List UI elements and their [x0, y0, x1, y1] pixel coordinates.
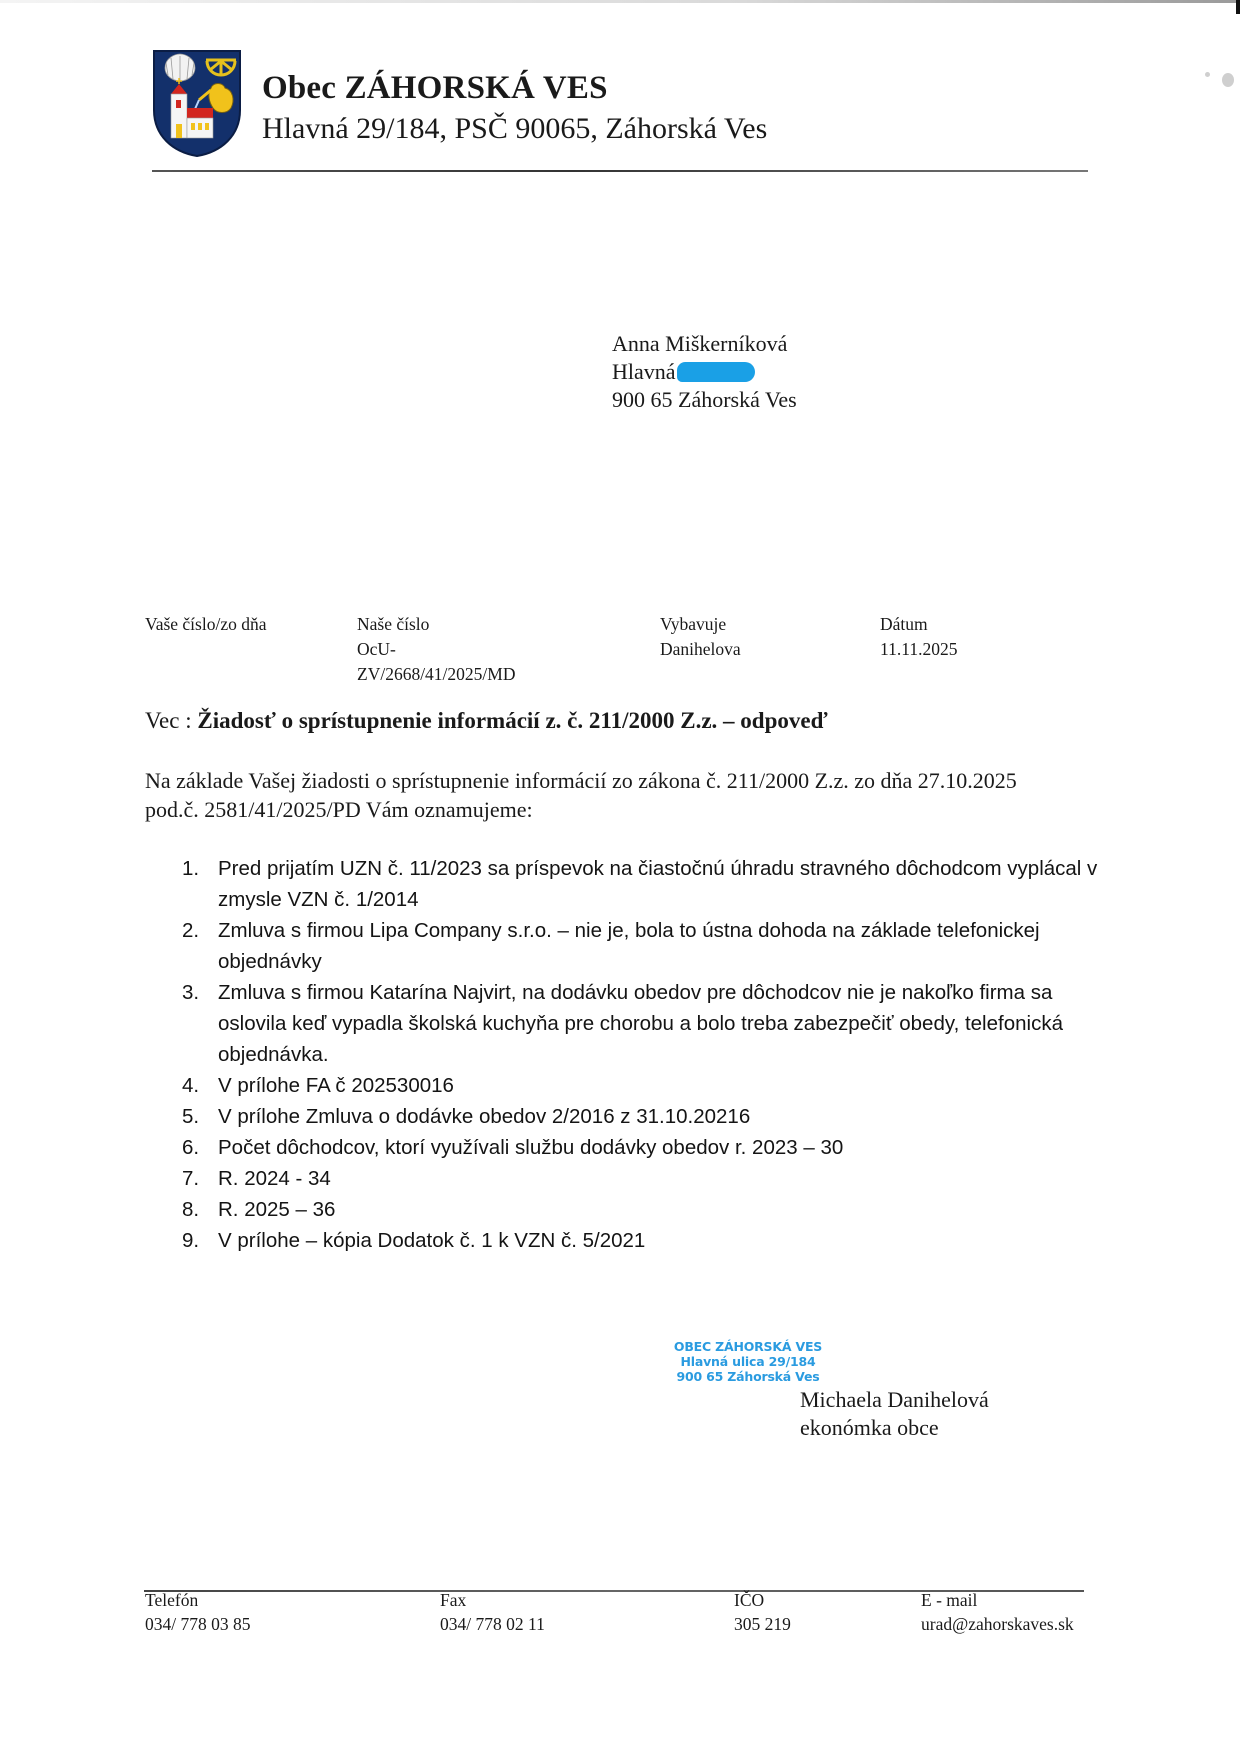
recipient-city: 900 65 Záhorská Ves: [612, 386, 797, 414]
phone-label: Telefón: [145, 1588, 251, 1612]
handled-by: Vybavuje Danihelova: [660, 612, 741, 662]
fax-label: Fax: [440, 1588, 545, 1612]
signatory-role: ekonómka obce: [800, 1414, 989, 1442]
organization-title: Obec ZÁHORSKÁ VES: [262, 70, 608, 107]
list-item: 2.Zmluva s firmou Lipa Company s.r.o. – …: [180, 915, 1100, 977]
list-item: 7.R. 2024 - 34: [180, 1163, 1100, 1194]
our-reference-label: Naše číslo: [357, 612, 515, 637]
phone-value: 034/ 778 03 85: [145, 1612, 251, 1636]
organization-address: Hlavná 29/184, PSČ 90065, Záhorská Ves: [262, 112, 767, 146]
recipient-name: Anna Miškerníková: [612, 330, 797, 358]
ico-label: IČO: [734, 1588, 791, 1612]
scan-corner-mark: [1236, 0, 1240, 14]
letter-date: Dátum 11.11.2025: [880, 612, 957, 662]
our-reference: Naše číslo OcU- ZV/2668/41/2025/MD: [357, 612, 515, 687]
handled-by-value: Danihelova: [660, 637, 741, 662]
date-value: 11.11.2025: [880, 637, 957, 662]
scan-edge: [0, 0, 1240, 3]
official-stamp: OBEC ZÁHORSKÁ VES Hlavná ulica 29/184 90…: [668, 1339, 828, 1384]
header-divider: [152, 170, 1088, 172]
recipient-street: Hlavná: [612, 358, 797, 386]
list-item: 5.V prílohe Zmluva o dodávke obedov 2/20…: [180, 1101, 1100, 1132]
stamp-line-1: OBEC ZÁHORSKÁ VES: [668, 1339, 828, 1354]
footer-email: E - mail urad@zahorskaves.sk: [921, 1588, 1074, 1636]
our-reference-value-line2: ZV/2668/41/2025/MD: [357, 662, 515, 687]
footer-ico: IČO 305 219: [734, 1588, 791, 1636]
subject-text: Žiadosť o sprístupnenie informácií z. č.…: [197, 708, 827, 733]
footer-fax: Fax 034/ 778 02 11: [440, 1588, 545, 1636]
list-item: 4.V prílohe FA č 202530016: [180, 1070, 1100, 1101]
footer-phone: Telefón 034/ 778 03 85: [145, 1588, 251, 1636]
list-item: 1.Pred prijatím UZN č. 11/2023 sa príspe…: [180, 853, 1100, 915]
list-item: 3.Zmluva s firmou Katarína Najvirt, na d…: [180, 977, 1100, 1070]
email-value: urad@zahorskaves.sk: [921, 1612, 1074, 1636]
our-reference-value-line1: OcU-: [357, 637, 515, 662]
handled-by-label: Vybavuje: [660, 612, 741, 637]
response-list: 1.Pred prijatím UZN č. 11/2023 sa príspe…: [180, 853, 1100, 1256]
list-item: 8.R. 2025 – 36: [180, 1194, 1100, 1225]
subject-label: Vec :: [145, 708, 192, 733]
municipal-coat-of-arms-icon: [151, 48, 243, 158]
stamp-line-3: 900 65 Záhorská Ves: [668, 1369, 828, 1384]
stamp-line-2: Hlavná ulica 29/184: [668, 1354, 828, 1369]
list-item: 6.Počet dôchodcov, ktorí využívali služb…: [180, 1132, 1100, 1163]
date-label: Dátum: [880, 612, 957, 637]
intro-paragraph: Na základe Vašej žiadosti o sprístupneni…: [145, 766, 1045, 824]
subject-line: Vec : Žiadosť o sprístupnenie informácií…: [145, 708, 827, 734]
scan-speck: [1205, 72, 1210, 77]
redaction-mark: [677, 362, 755, 382]
recipient-address-block: Anna Miškerníková Hlavná 900 65 Záhorská…: [612, 330, 797, 414]
signature-block: Michaela Danihelová ekonómka obce: [800, 1386, 989, 1442]
your-reference-label: Vaše číslo/zo dňa: [145, 612, 267, 637]
list-item: 9.V prílohe – kópia Dodatok č. 1 k VZN č…: [180, 1225, 1100, 1256]
fax-value: 034/ 778 02 11: [440, 1612, 545, 1636]
your-reference: Vaše číslo/zo dňa: [145, 612, 267, 637]
email-label: E - mail: [921, 1588, 1074, 1612]
scan-speck: [1222, 73, 1234, 87]
ico-value: 305 219: [734, 1612, 791, 1636]
signatory-name: Michaela Danihelová: [800, 1386, 989, 1414]
